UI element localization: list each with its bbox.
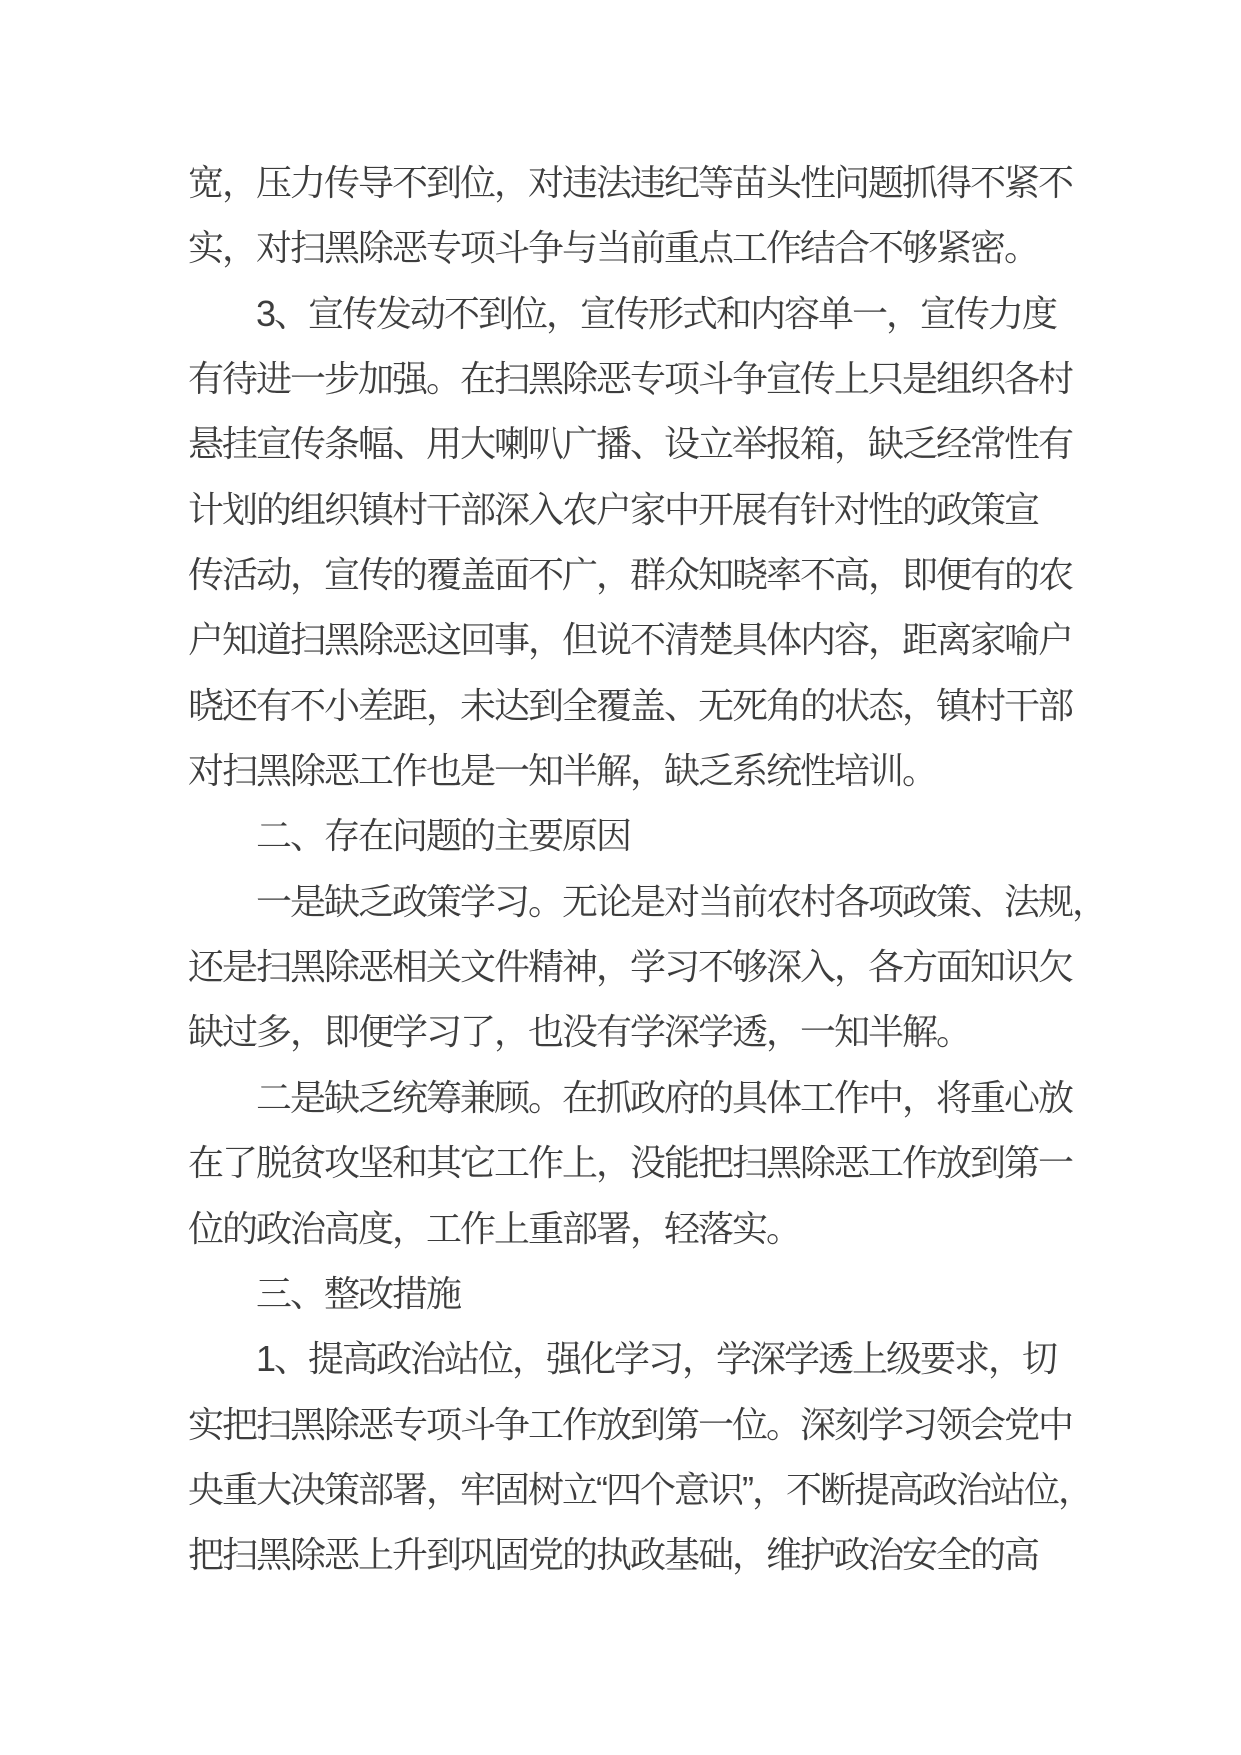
text-line: 3、宣传发动不到位，宣传形式和内容单一，宣传力度: [188, 281, 1088, 346]
text-line: 央重大决策部署，牢固树立“四个意识”，不断提高政治站位，: [188, 1457, 1088, 1522]
text-line: 晓还有不小差距，未达到全覆盖、无死角的状态，镇村干部: [188, 673, 1088, 738]
text-line: 缺过多，即便学习了，也没有学深学透，一知半解。: [188, 999, 1088, 1064]
text-line: 位的政治高度，工作上重部署，轻落实。: [188, 1196, 1088, 1261]
text-line: 有待进一步加强。在扫黑除恶专项斗争宣传上只是组织各村: [188, 346, 1088, 411]
text-line: 实把扫黑除恶专项斗争工作放到第一位。深刻学习领会党中: [188, 1392, 1088, 1457]
text-line: 宽，压力传导不到位，对违法违纪等苗头性问题抓得不紧不: [188, 150, 1088, 215]
text-line: 还是扫黑除恶相关文件精神，学习不够深入，各方面知识欠: [188, 934, 1088, 999]
text-line: 三、整改措施: [188, 1261, 1088, 1326]
text-line: 悬挂宣传条幅、用大喇叭广播、设立举报箱，缺乏经常性有: [188, 411, 1088, 476]
text-line: 实，对扫黑除恶专项斗争与当前重点工作结合不够紧密。: [188, 215, 1088, 280]
text-line: 对扫黑除恶工作也是一知半解，缺乏系统性培训。: [188, 738, 1088, 803]
document-text-block: 宽，压力传导不到位，对违法违纪等苗头性问题抓得不紧不 实，对扫黑除恶专项斗争与当…: [188, 150, 1088, 1588]
text-line: 一是缺乏政策学习。无论是对当前农村各项政策、法规，: [188, 869, 1088, 934]
text-line: 二是缺乏统筹兼顾。在抓政府的具体工作中，将重心放: [188, 1065, 1088, 1130]
text-line: 二、存在问题的主要原因: [188, 803, 1088, 868]
document-page: 宽，压力传导不到位，对违法违纪等苗头性问题抓得不紧不 实，对扫黑除恶专项斗争与当…: [0, 0, 1241, 1755]
text-line: 户知道扫黑除恶这回事，但说不清楚具体内容，距离家喻户: [188, 607, 1088, 672]
text-line: 把扫黑除恶上升到巩固党的执政基础，维护政治安全的高: [188, 1522, 1088, 1587]
text-line: 传活动，宣传的覆盖面不广，群众知晓率不高，即便有的农: [188, 542, 1088, 607]
text-line: 计划的组织镇村干部深入农户家中开展有针对性的政策宣: [188, 477, 1088, 542]
text-line: 在了脱贫攻坚和其它工作上，没能把扫黑除恶工作放到第一: [188, 1130, 1088, 1195]
text-line: 1、提高政治站位，强化学习，学深学透上级要求，切: [188, 1326, 1088, 1391]
